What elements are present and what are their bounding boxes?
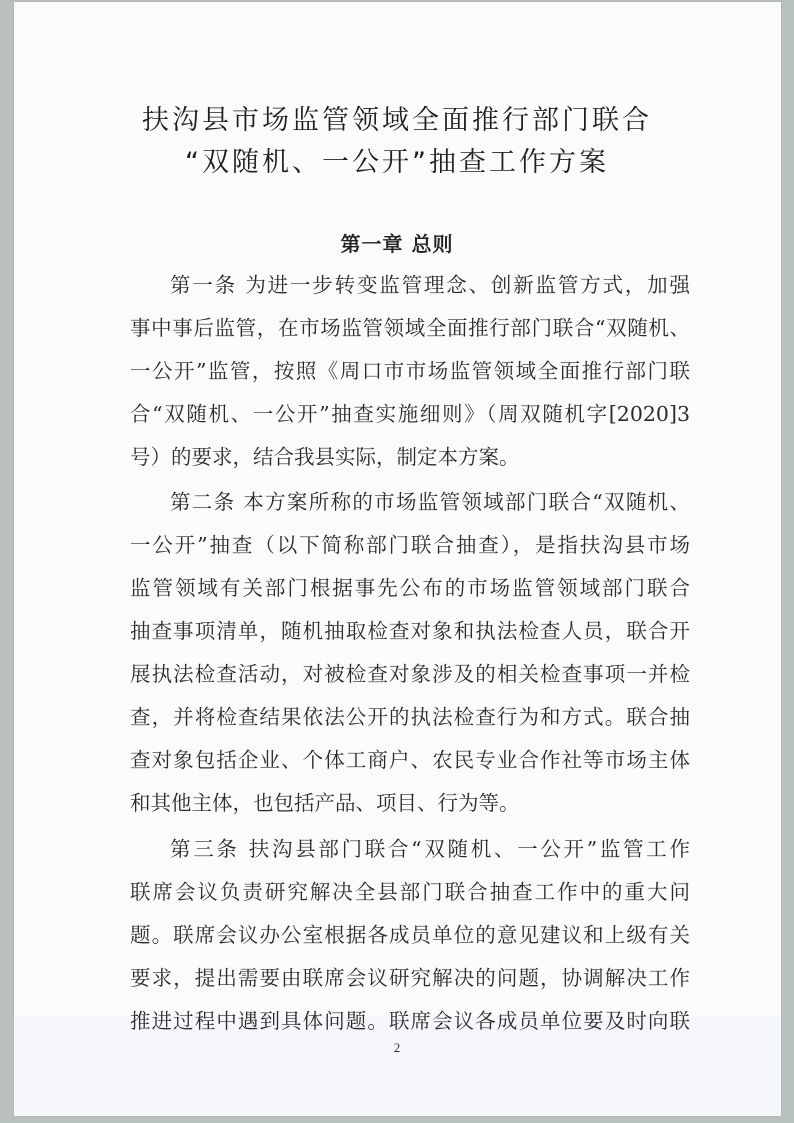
article-3-line: 第三条 扶沟县部门联合“双随机、一公开”监管工作 [170, 832, 690, 862]
article-2-line: 一公开”抽查（以下简称部门联合抽查），是指扶沟县市场 [130, 528, 690, 558]
article-2-line: 查，并将检查结果依法公开的执法检查行为和方式。联合抽 [130, 700, 690, 730]
chapter-heading: 第一章 总则 [0, 228, 794, 257]
article-2-line: 查对象包括企业、个体工商户、农民专业合作社等市场主体 [130, 743, 690, 773]
article-1-line: 合“双随机、一公开”抽查实施细则》（周双随机字[2020]3 [130, 397, 690, 427]
article-3-line: 推进过程中遇到具体问题。联席会议各成员单位要及时向联 [130, 1004, 690, 1034]
article-2-line: 抽查事项清单，随机抽取检查对象和执法检查人员，联合开 [130, 614, 690, 644]
article-2-line: 和其他主体，也包括产品、项目、行为等。 [130, 786, 690, 816]
article-3-line: 联席会议负责研究解决全县部门联合抽查工作中的重大问 [130, 875, 690, 905]
article-3-line: 题。联席会议办公室根据各成员单位的意见建议和上级有关 [130, 918, 690, 948]
article-2-line: 监管领域有关部门根据事先公布的市场监管领域部门联合 [130, 571, 690, 601]
article-1-line: 事中事后监管，在市场监管领域全面推行部门联合“双随机、 [130, 311, 690, 341]
article-1-line: 号）的要求，结合我县实际，制定本方案。 [130, 440, 690, 470]
page-number: 2 [0, 1040, 794, 1056]
article-2-line: 第二条 本方案所称的市场监管领域部门联合“双随机、 [170, 485, 690, 515]
article-2-line: 展执法检查活动，对被检查对象涉及的相关检查事项一并检 [130, 657, 690, 687]
document-title-line-1: 扶沟县市场监管领域全面推行部门联合 [0, 98, 794, 137]
article-3-line: 要求，提出需要由联席会议研究解决的问题，协调解决工作 [130, 961, 690, 991]
document-title-line-2: “双随机、一公开”抽查工作方案 [0, 140, 794, 179]
article-1-line: 一公开”监管，按照《周口市市场监管领域全面推行部门联 [130, 354, 690, 384]
article-1-line: 第一条 为进一步转变监管理念、创新监管方式，加强 [170, 268, 690, 298]
